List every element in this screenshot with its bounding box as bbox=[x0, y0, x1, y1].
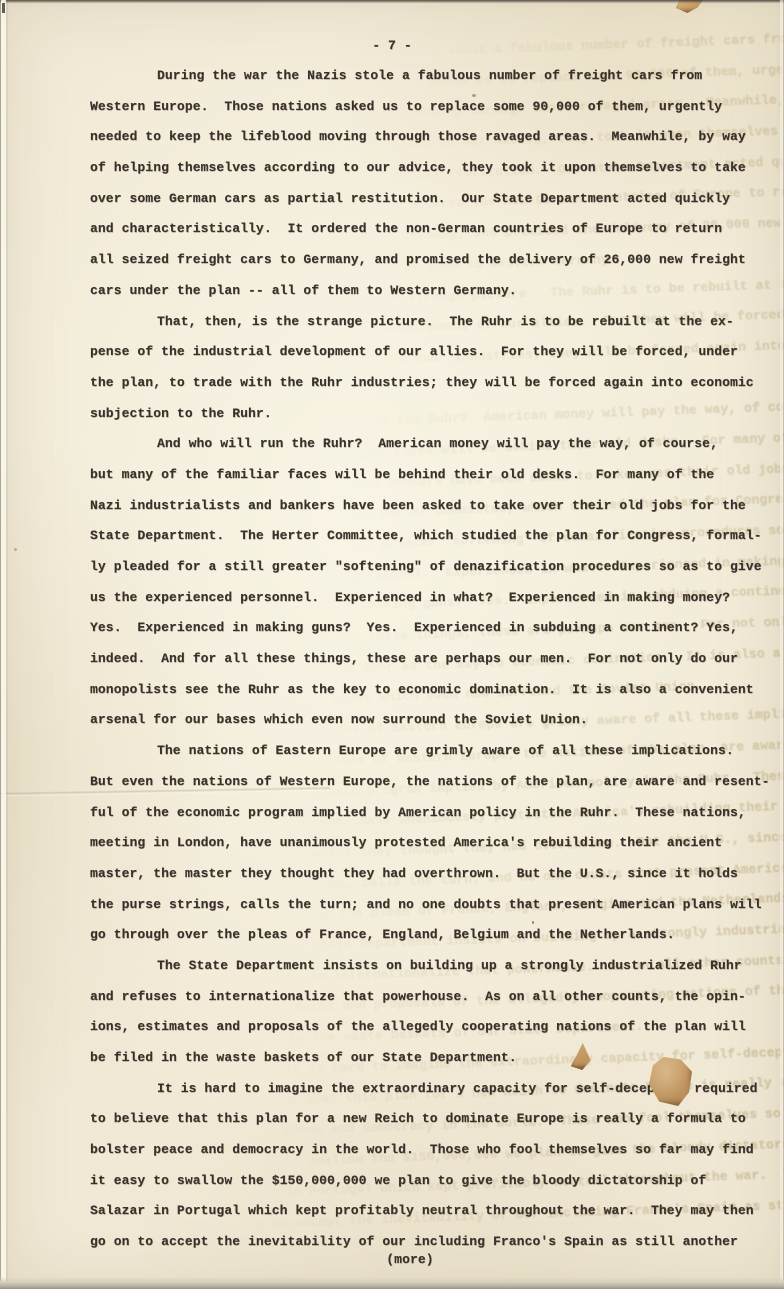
text-line: but many of the familiar faces will be b… bbox=[90, 460, 764, 491]
text-line: State Department. The Herter Committee, … bbox=[90, 521, 764, 552]
text-line: it easy to swallow the $150,000,000 we p… bbox=[90, 1166, 764, 1197]
text-line: go through over the pleas of France, Eng… bbox=[90, 920, 764, 951]
text-line: monopolists see the Ruhr as the key to e… bbox=[90, 675, 764, 706]
text-line: meeting in London, have unanimously prot… bbox=[90, 828, 764, 859]
text-line: That, then, is the strange picture. The … bbox=[90, 307, 764, 338]
text-line: arsenal for our bases which even now sur… bbox=[90, 705, 764, 736]
text-line: over some German cars as partial restitu… bbox=[90, 184, 764, 215]
text-line: ly pleaded for a still greater "softenin… bbox=[90, 552, 764, 583]
text-line: us the experienced personnel. Experience… bbox=[90, 583, 764, 614]
text-line: cars under the plan -- all of them to We… bbox=[90, 276, 764, 307]
text-line: master, the master they thought they had… bbox=[90, 859, 764, 890]
ink-speck bbox=[472, 94, 476, 97]
scan-edge-left bbox=[0, 0, 9, 1289]
scan-corner-mark bbox=[2, 3, 5, 13]
text-line: Western Europe. Those nations asked us t… bbox=[90, 92, 764, 123]
text-line: ions, estimates and proposals of the all… bbox=[90, 1012, 764, 1043]
text-line: and characteristically. It ordered the n… bbox=[90, 214, 764, 245]
text-line: subjection to the Ruhr. bbox=[90, 399, 764, 430]
text-line: indeed. And for all these things, these … bbox=[90, 644, 764, 675]
text-line: ful of the economic program implied by A… bbox=[90, 798, 764, 829]
text-line: of helping themselves according to our a… bbox=[90, 153, 764, 184]
text-line: And who will run the Ruhr? American mone… bbox=[90, 429, 764, 460]
ink-speck bbox=[14, 548, 17, 551]
scanned-document-page: During the war the Nazis stole a fabulou… bbox=[0, 0, 784, 1289]
text-line: all seized freight cars to Germany, and … bbox=[90, 245, 764, 276]
text-line: But even the nations of Western Europe, … bbox=[90, 767, 764, 798]
text-line: Nazi industrialists and bankers have bee… bbox=[90, 491, 764, 522]
text-line: The State Department insists on building… bbox=[90, 951, 764, 982]
page-number: - 7 - bbox=[0, 38, 784, 53]
text-line: and refuses to internationalize that pow… bbox=[90, 982, 764, 1013]
text-line: bolster peace and democracy in the world… bbox=[90, 1135, 764, 1166]
text-line: to believe that this plan for a new Reic… bbox=[90, 1104, 764, 1135]
text-line: Yes. Experienced in making guns? Yes. Ex… bbox=[90, 613, 764, 644]
text-line: the purse strings, calls the turn; and n… bbox=[90, 890, 764, 921]
text-line: needed to keep the lifeblood moving thro… bbox=[90, 122, 764, 153]
text-line: the plan, to trade with the Ruhr industr… bbox=[90, 368, 764, 399]
more-continuation-label: (more) bbox=[18, 1252, 784, 1267]
ink-speck bbox=[532, 921, 534, 924]
torn-paper-fragment-top-edge bbox=[676, 0, 703, 13]
text-line: Salazar in Portugal which kept profitabl… bbox=[90, 1196, 764, 1227]
scan-edge-bottom bbox=[0, 1277, 784, 1289]
text-line: The nations of Eastern Europe are grimly… bbox=[90, 736, 764, 767]
text-line: pense of the industrial development of o… bbox=[90, 337, 764, 368]
scan-edge-right bbox=[779, 0, 784, 1289]
text-line: During the war the Nazis stole a fabulou… bbox=[90, 61, 764, 92]
scan-edge-top bbox=[0, 0, 784, 3]
